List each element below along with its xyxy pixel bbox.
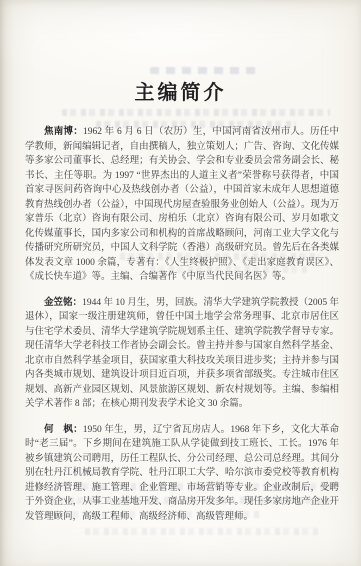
bleed-through-line — [62, 109, 330, 116]
editor-name: 何 枫： — [44, 425, 83, 435]
editor-bio-paragraph: 金笠铭：1944 年 10 月生，男，回族。清华大学建筑学院教授（2005 年退… — [25, 296, 339, 412]
editor-bio-text: 1944 年 10 月生，男，回族。清华大学建筑学院教授（2005 年退休），国… — [25, 298, 339, 410]
bleed-through-line — [85, 528, 320, 535]
editor-bio-paragraph: 何 枫：1950 年生，男，辽宁省瓦房店人。1968 年下乡，文化大革命时“老三… — [25, 423, 339, 525]
editor-bio-text: 1950 年生，男，辽宁省瓦房店人。1968 年下乡，文化大革命时“老三届”。下… — [25, 425, 339, 522]
book-page: 主编简介 焦南博：1962 年 6 月 6 日（农历）生，中国河南省汝州市人。历… — [0, 0, 361, 566]
editor-bio-text: 1962 年 6 月 6 日（农历）生，中国河南省汝州市人。历任中学教师，新闻编… — [25, 127, 339, 282]
editor-bio-paragraph: 焦南博：1962 年 6 月 6 日（农历）生，中国河南省汝州市人。历任中学教师… — [25, 125, 339, 285]
editor-name: 金笠铭： — [44, 298, 82, 308]
page-title: 主编简介 — [0, 0, 361, 105]
editor-name: 焦南博： — [44, 127, 83, 137]
editors-bio-section: 焦南博：1962 年 6 月 6 日（农历）生，中国河南省汝州市人。历任中学教师… — [25, 125, 339, 524]
